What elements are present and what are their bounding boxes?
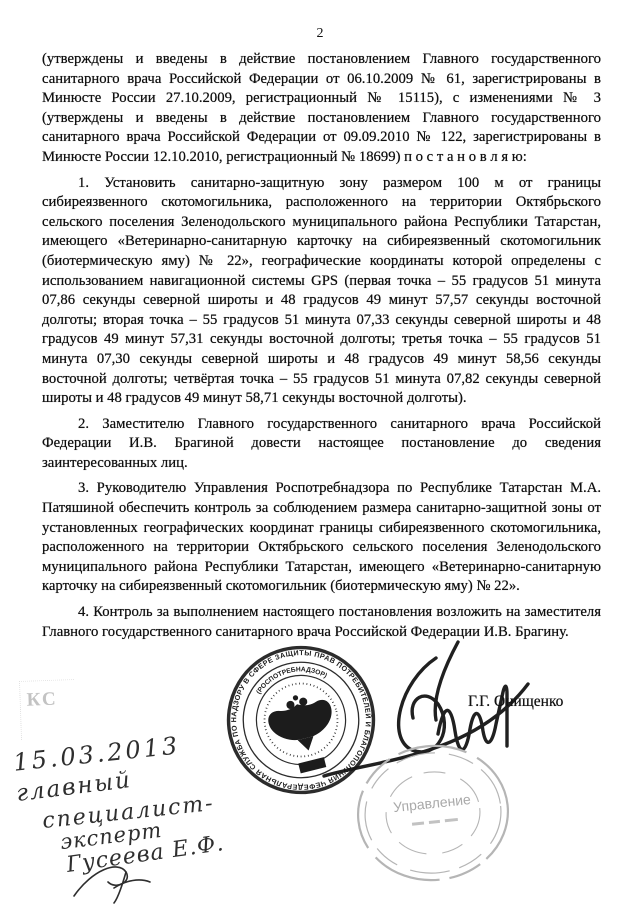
paragraph-item-3: 3. Руководителю Управления Роспотребнадз… <box>42 479 601 597</box>
scanned-document-page: 2 (утверждены и введены в действие поста… <box>0 0 640 905</box>
page-number: 2 <box>0 26 640 42</box>
faint-stamp-remnant: КС <box>19 679 76 740</box>
handwritten-paraph <box>70 858 170 904</box>
document-body: (утверждены и введены в действие постано… <box>42 50 601 648</box>
upravlenie-faint-stamp: Управление <box>346 734 520 892</box>
oval-stamp-text: Управление <box>392 791 471 815</box>
signer-name: Г.Г. Онищенко <box>468 693 563 711</box>
oval-stamp-illegible-line <box>412 819 458 824</box>
paragraph-item-1: 1. Установить санитарно-защитную зону ра… <box>42 174 601 409</box>
paragraph-item-2: 2. Заместителю Главного государственного… <box>42 415 601 474</box>
paragraph-preamble: (утверждены и введены в действие постано… <box>42 50 601 168</box>
